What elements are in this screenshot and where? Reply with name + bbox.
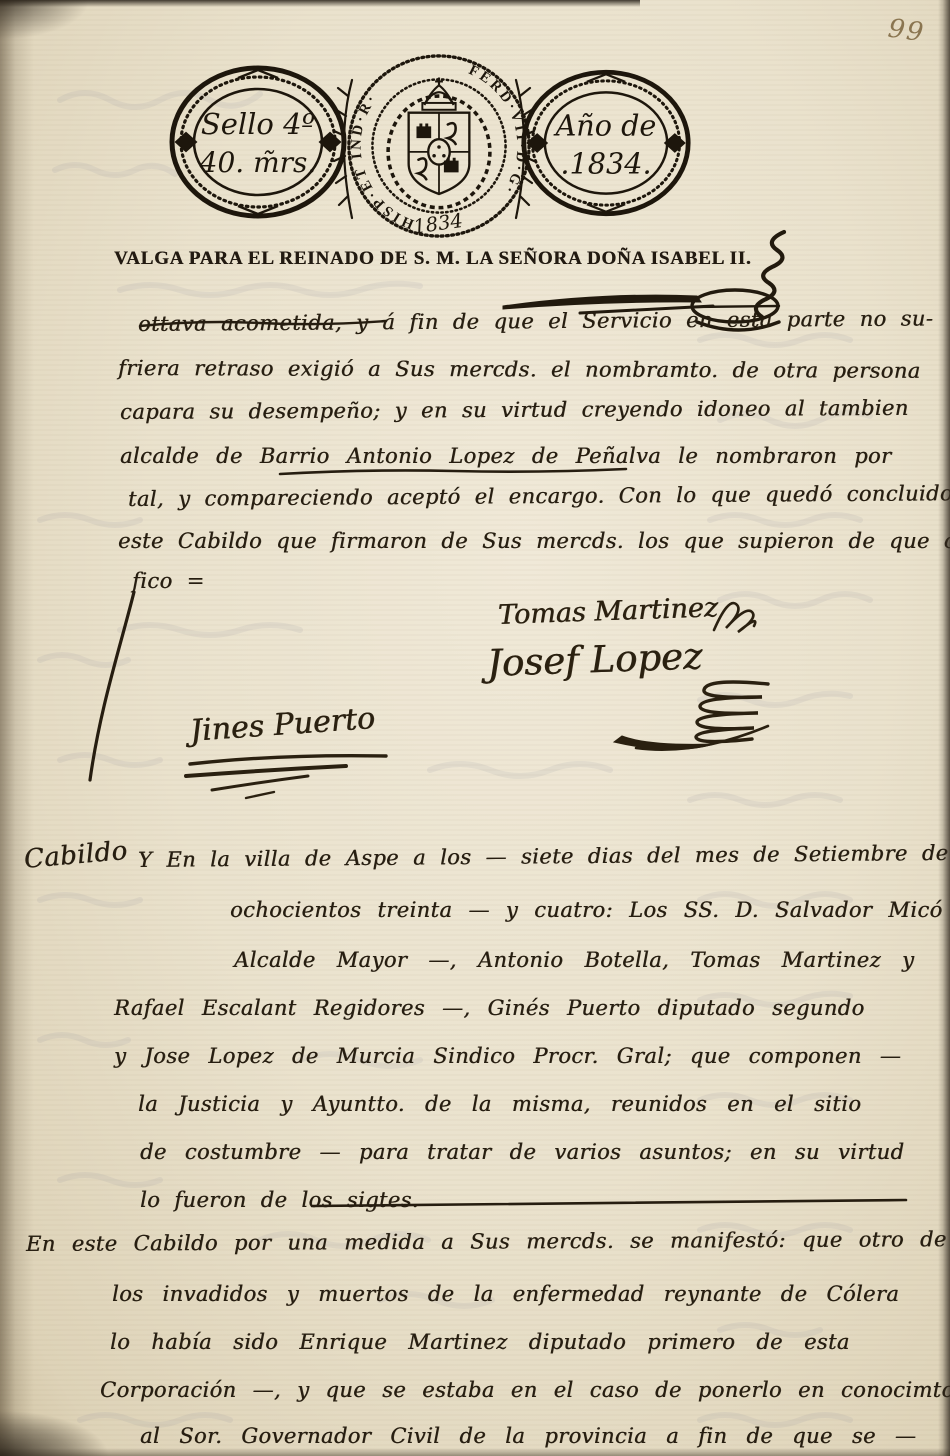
handwritten-line: al Sor. Governador Civil de la provincia…	[140, 1424, 916, 1448]
stamp-year-oval: Año de .1834.	[520, 66, 692, 220]
handwritten-line: la Justicia y Ayuntto. de la misma, reun…	[138, 1092, 861, 1116]
handwritten-line: los invadidos y muertos de la enfermedad…	[112, 1282, 899, 1306]
signature-underline-strokes	[182, 752, 392, 802]
handwritten-line: este Cabildo que firmaron de Sus mercds.…	[118, 529, 950, 553]
stamp-year-line1: Año de	[553, 108, 657, 142]
stamp-sello-oval: Sello 4º 40. m̃rs.	[168, 62, 348, 222]
handwritten-line: Alcalde Mayor —, Antonio Botella, Tomas …	[234, 948, 914, 972]
strikethrough-stroke	[138, 318, 388, 330]
end-of-entry-rule	[310, 1196, 910, 1210]
folio-number: 99	[886, 14, 927, 49]
revenue-stamp-group: Sello 4º 40. m̃rs.	[168, 48, 698, 238]
handwritten-line: ochocientos treinta — y cuatro: Los SS. …	[230, 898, 950, 922]
stamp-sello-line2: 40. m̃rs.	[199, 146, 317, 179]
stamp-year-line2: .1834.	[560, 147, 651, 181]
crown-icon	[422, 77, 455, 109]
stamp-royal-seal: FERD·VII·D·G· HISP·ET IND·R· 1834	[346, 48, 532, 244]
signature-spiral-flourish	[608, 676, 778, 756]
name-underline-stroke	[278, 466, 628, 478]
shield-icon	[409, 113, 470, 194]
handwritten-line: alcalde de Barrio Antonio Lopez de Peñal…	[120, 444, 891, 468]
handwritten-line: Corporación —, y que se estaba en el cas…	[100, 1378, 950, 1402]
handwritten-line: En este Cabildo por una medida a Sus mer…	[26, 1227, 947, 1256]
margin-pen-stroke	[82, 588, 142, 788]
handwritten-line: friera retraso exigió a Sus mercds. el n…	[118, 356, 921, 383]
manuscript-page: 99 Sello 4º 40. m̃rs.	[0, 0, 950, 1456]
handwritten-line: lo había sido Enrique Martinez diputado …	[110, 1330, 850, 1354]
handwritten-line: capara su desempeño; y en su virtud crey…	[120, 396, 909, 424]
stamp-sello-line1: Sello 4º	[201, 107, 316, 141]
signature-rubric-icon	[708, 596, 758, 638]
handwritten-line: y Jose Lopez de Murcia Sindico Procr. Gr…	[114, 1044, 901, 1068]
handwritten-line: fico =	[132, 569, 205, 593]
handwritten-line: de costumbre — para tratar de varios asu…	[140, 1140, 904, 1164]
handwritten-line: Rafael Escalant Regidores —, Ginés Puert…	[114, 996, 865, 1020]
